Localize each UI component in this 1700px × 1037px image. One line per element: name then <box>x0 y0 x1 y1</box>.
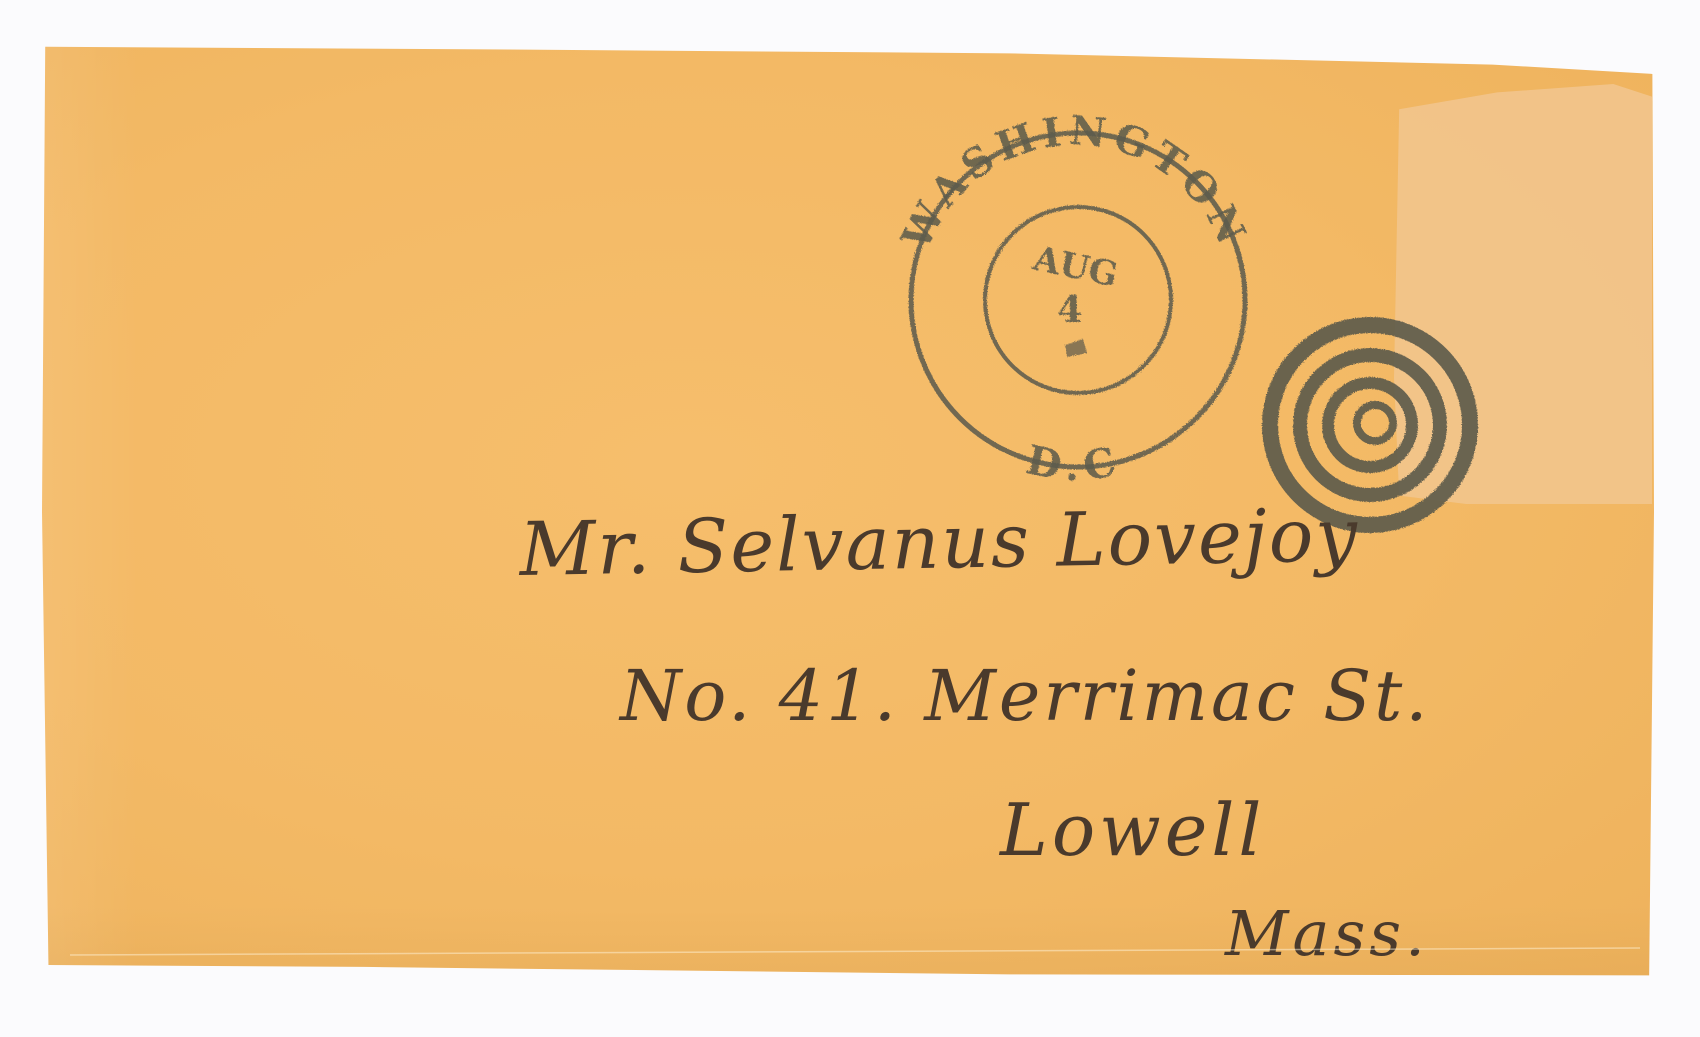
handwritten-address: Mr. Selvanus Lovejoy No. 41. Merrimac St… <box>517 492 1431 970</box>
postmark-day: 4 <box>1057 289 1082 331</box>
postmark-month: AUG <box>1029 238 1122 295</box>
address-line-street: No. 41. Merrimac St. <box>618 655 1431 737</box>
address-line-name: Mr. Selvanus Lovejoy <box>517 492 1360 593</box>
postmark-smudge <box>1065 339 1087 357</box>
envelope-markings: WASHINGTON D.C AUG 4 Mr. Selvanus Lovejo… <box>0 0 1700 1037</box>
postmark-state: D.C <box>1022 436 1128 491</box>
address-line-city: Lowell <box>998 788 1265 872</box>
address-line-state: Mass. <box>1224 897 1429 970</box>
datestamp-postmark: WASHINGTON D.C AUG 4 <box>892 107 1257 491</box>
postmark-city: WASHINGTON <box>892 107 1257 258</box>
